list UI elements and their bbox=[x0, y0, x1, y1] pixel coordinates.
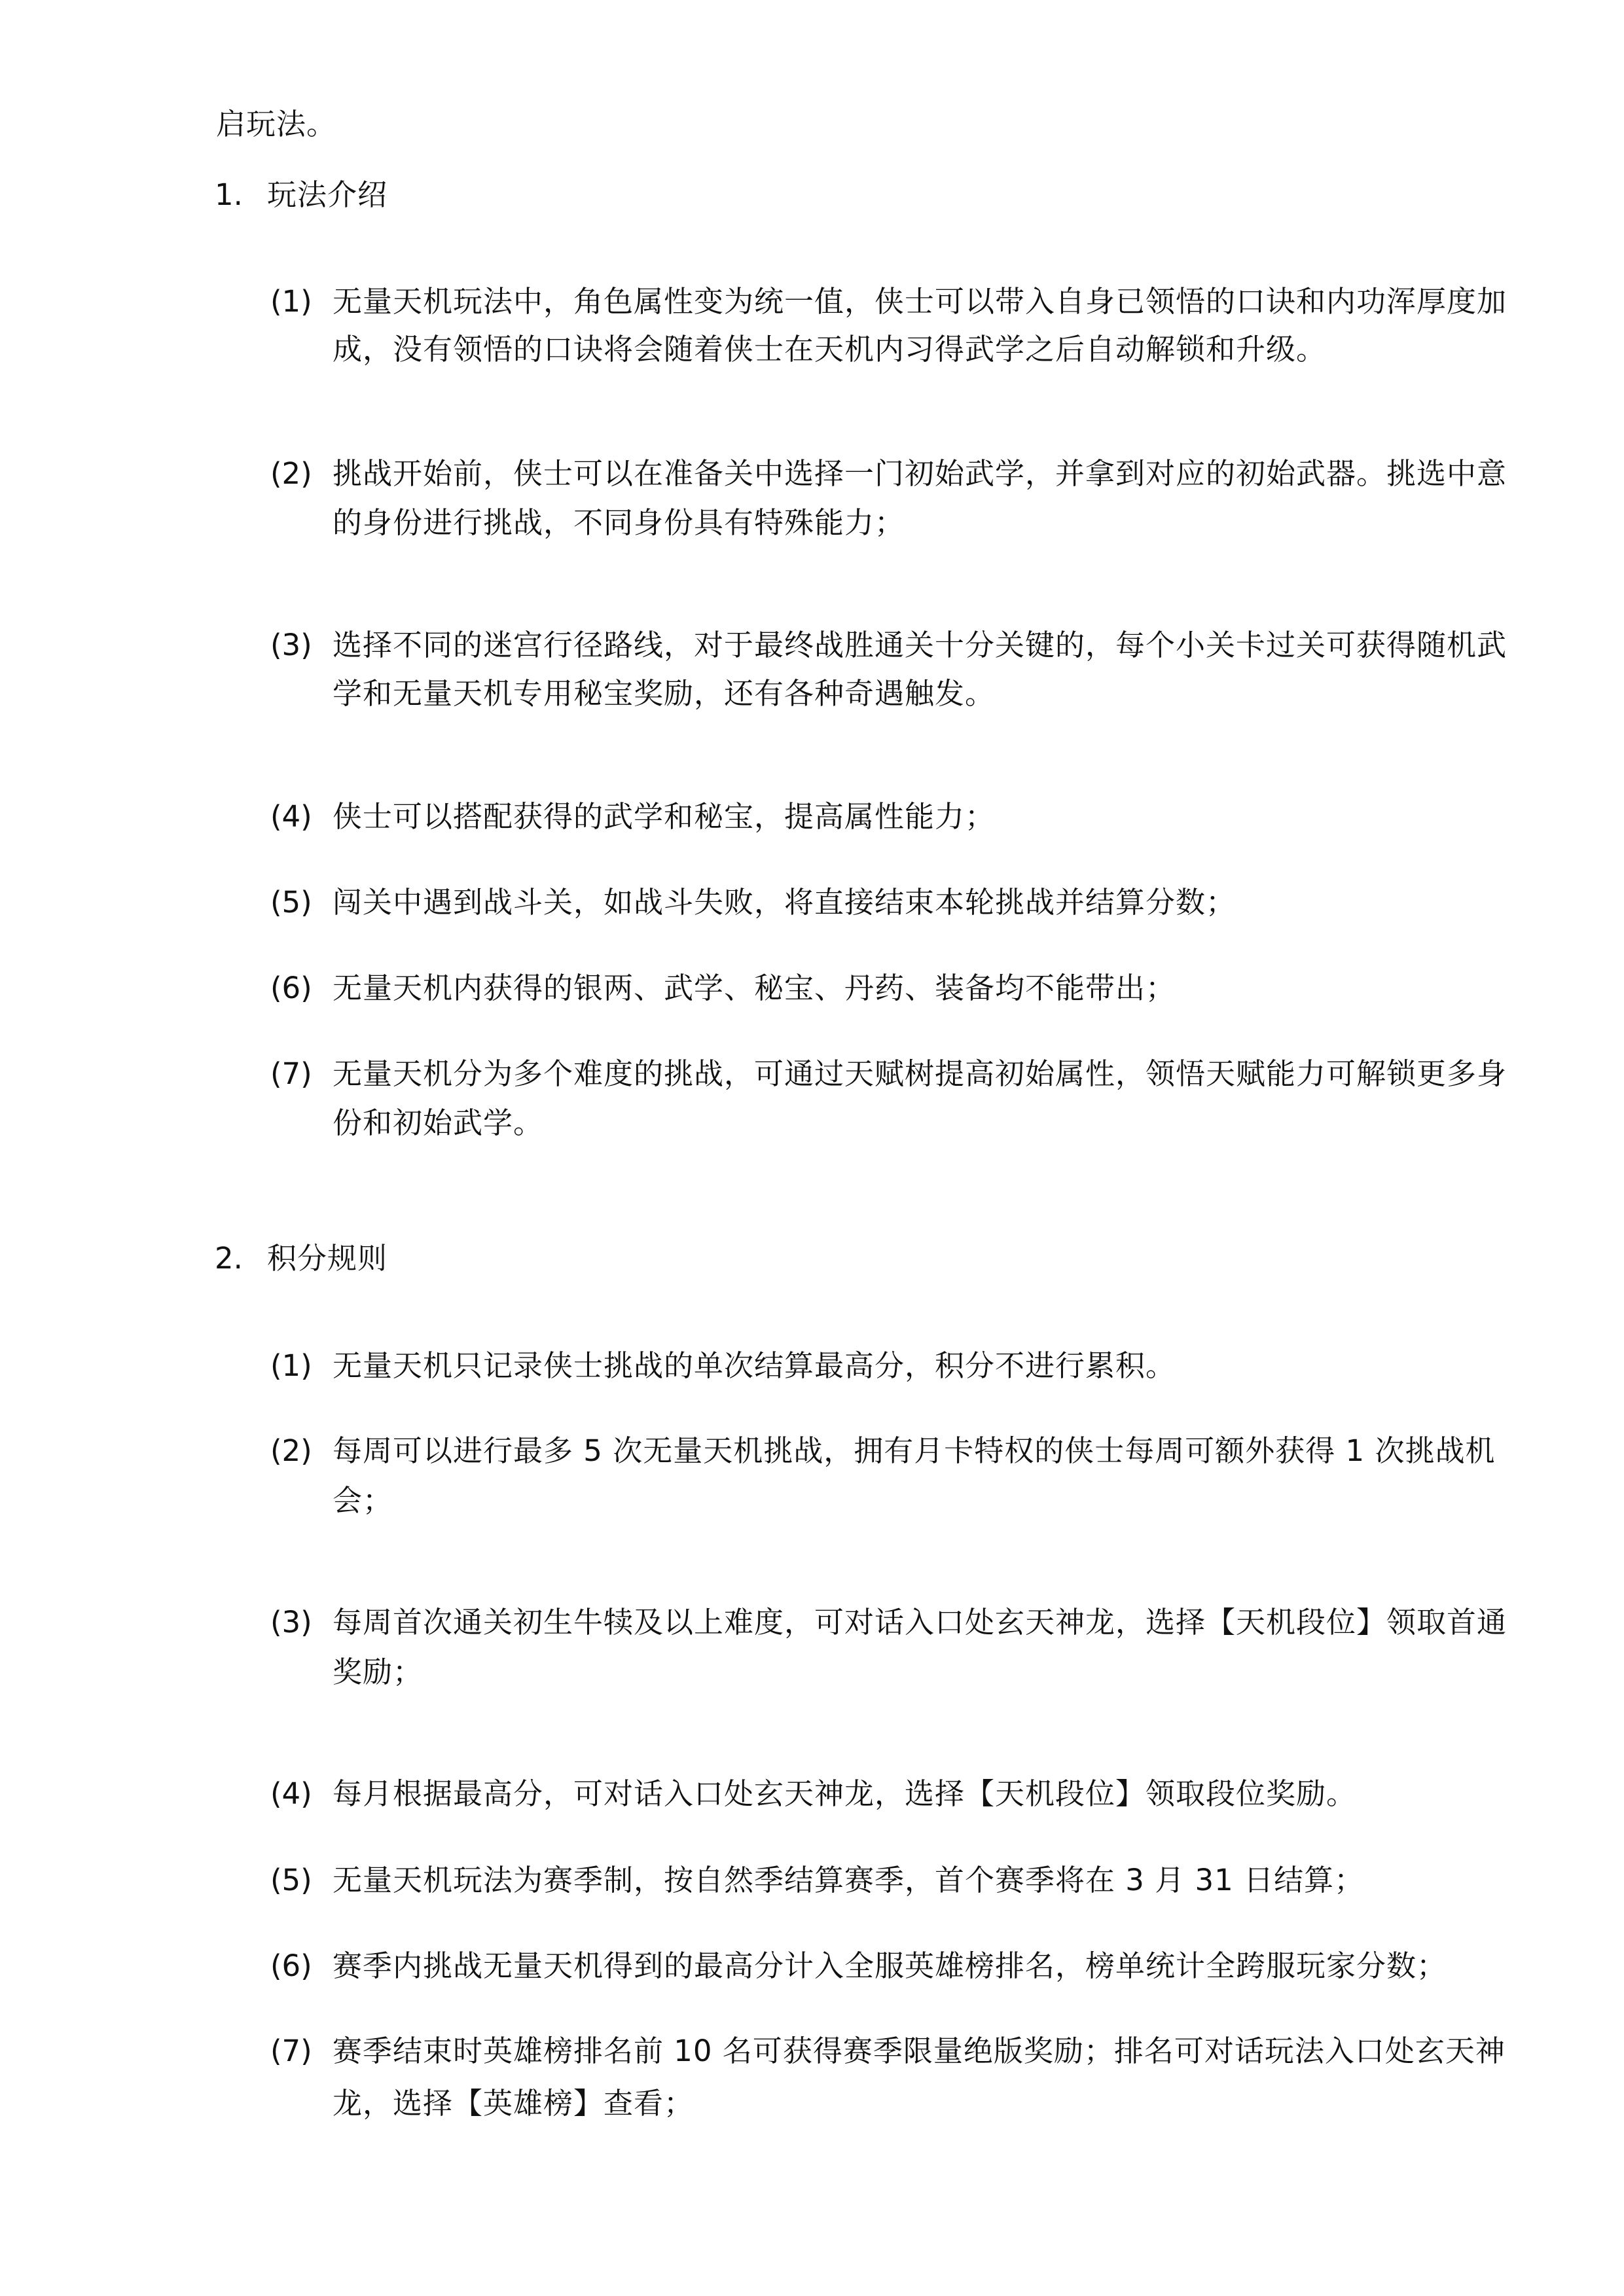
section-number: 2. bbox=[215, 1241, 243, 1276]
item-text-line: 奖励； bbox=[333, 1655, 423, 1690]
item-number: (2) bbox=[270, 456, 312, 492]
item-text-line: 学和无量天机专用秘宝奖励，还有各种奇遇触发。 bbox=[333, 676, 995, 711]
item-number: (1) bbox=[270, 284, 312, 319]
item-number: (2) bbox=[270, 1433, 312, 1469]
item-text-line: 份和初始武学。 bbox=[333, 1105, 543, 1141]
item-text-line: 成，没有领悟的口诀将会随着侠士在天机内习得武学之后自动解锁和升级。 bbox=[333, 332, 1326, 367]
item-text-line: 赛季结束时英雄榜排名前 10 名可获得赛季限量绝版奖励；排名可对话玩法入口处玄天… bbox=[333, 2034, 1506, 2069]
item-text-line: 无量天机只记录侠士挑战的单次结算最高分，积分不进行累积。 bbox=[333, 1348, 1176, 1384]
item-text-line: 的身份进行挑战，不同身份具有特殊能力； bbox=[333, 505, 905, 541]
item-text-line: 每周可以进行最多 5 次无量天机挑战，拥有月卡特权的侠士每周可额外获得 1 次挑… bbox=[333, 1433, 1495, 1469]
section-title: 积分规则 bbox=[267, 1241, 388, 1276]
section-title: 玩法介绍 bbox=[267, 177, 388, 213]
item-text-line: 每月根据最高分，可对话入口处玄天神龙，选择【天机段位】领取段位奖励。 bbox=[333, 1776, 1356, 1812]
item-text-line: 龙，选择【英雄榜】查看； bbox=[333, 2086, 694, 2121]
item-number: (5) bbox=[270, 885, 312, 920]
item-number: (4) bbox=[270, 1776, 312, 1812]
document-page: 启玩法。 1. 玩法介绍 (1) 无量天机玩法中，角色属性变为统一值，侠士可以带… bbox=[0, 0, 1624, 2296]
item-number: (7) bbox=[270, 1056, 312, 1092]
item-text-line: 无量天机分为多个难度的挑战，可通过天赋树提高初始属性，领悟天赋能力可解锁更多身 bbox=[333, 1056, 1507, 1092]
item-text-line: 闯关中遇到战斗关，如战斗失败，将直接结束本轮挑战并结算分数； bbox=[333, 885, 1236, 920]
item-text-line: 无量天机玩法为赛季制，按自然季结算赛季，首个赛季将在 3 月 31 日结算； bbox=[333, 1863, 1364, 1898]
item-number: (1) bbox=[270, 1348, 312, 1384]
item-number: (6) bbox=[270, 971, 312, 1006]
item-number: (6) bbox=[270, 1948, 312, 1984]
item-number: (3) bbox=[270, 628, 312, 663]
section-number: 1. bbox=[215, 177, 243, 213]
item-text-line: 每周首次通关初生牛犊及以上难度，可对话入口处玄天神龙，选择【天机段位】领取首通 bbox=[333, 1605, 1507, 1640]
item-text-line: 无量天机内获得的银两、武学、秘宝、丹药、装备均不能带出； bbox=[333, 971, 1176, 1006]
intro-text: 启玩法。 bbox=[216, 107, 336, 142]
item-text-line: 赛季内挑战无量天机得到的最高分计入全服英雄榜排名，榜单统计全跨服玩家分数； bbox=[333, 1948, 1447, 1984]
item-number: (3) bbox=[270, 1605, 312, 1640]
item-text-line: 挑战开始前，侠士可以在准备关中选择一门初始武学，并拿到对应的初始武器。挑选中意 bbox=[333, 456, 1507, 492]
item-number: (4) bbox=[270, 799, 312, 834]
item-text-line: 会； bbox=[333, 1483, 393, 1518]
item-number: (5) bbox=[270, 1863, 312, 1898]
item-text-line: 无量天机玩法中，角色属性变为统一值，侠士可以带入自身已领悟的口诀和内功浑厚度加 bbox=[333, 284, 1507, 319]
item-text-line: 侠士可以搭配获得的武学和秘宝，提高属性能力； bbox=[333, 799, 995, 834]
item-text-line: 选择不同的迷宫行径路线，对于最终战胜通关十分关键的，每个小关卡过关可获得随机武 bbox=[333, 628, 1507, 663]
item-number: (7) bbox=[270, 2034, 312, 2069]
